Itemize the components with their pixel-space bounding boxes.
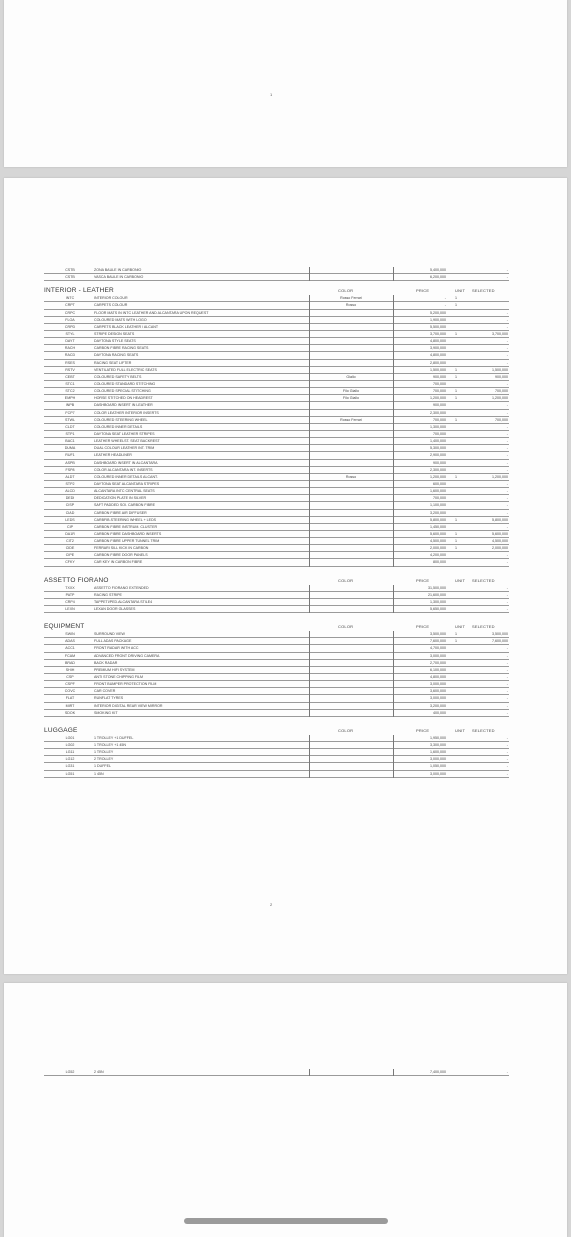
cell-code: SWIN [50, 631, 90, 637]
cell-desc: 1 DUFFEL [94, 763, 111, 769]
cell-code: SHIH [50, 667, 90, 673]
cell-price: 7,600,000 [394, 638, 446, 644]
options-table: LG522 45N7,400,000- [44, 1069, 509, 1076]
cell-selected: - [464, 585, 508, 591]
table-row: INPBDASHBOARD INSERT IN LEATHER900,000- [44, 402, 509, 409]
cell-unit: 1 [449, 395, 463, 401]
cell-price: 3,900,000 [394, 345, 446, 351]
table-row: TXXXASSETTO FIORANO EXTENDED31,500,000- [44, 585, 509, 592]
cell-price: 2,300,000 [394, 467, 446, 473]
cell-desc: ZONA BAULE IN CARBONIO [94, 267, 141, 273]
section-title: EQUIPMENT [44, 623, 84, 630]
cell-price: 6,100,000 [394, 667, 446, 673]
column-header-unit: UNIT [455, 577, 465, 585]
cell-price: 800,000 [394, 559, 446, 565]
cell-desc: CARBFIB.STEERING WHEEL + LEDS [94, 517, 156, 523]
table-row: CIPCARBON FIBRE INSTRUM. CLUSTER1,450,00… [44, 524, 509, 531]
cell-code: STC2 [50, 388, 90, 394]
cell-desc: COLOURED STANDARD STITCHING [94, 381, 155, 387]
cell-unit: 1 [449, 417, 463, 423]
table-row: CRPCFLOOR MATS IN INTC LEATHER AND ALCAN… [44, 310, 509, 317]
cell-desc: DAYTONA STYLE SEATS [94, 338, 136, 344]
column-header-selected: SELECTED [472, 623, 495, 631]
cell-desc: FULL ADAS PACKAGE [94, 638, 131, 644]
column-header-unit: UNIT [455, 287, 465, 295]
cell-price: - [394, 302, 446, 308]
cell-selected: - [464, 599, 508, 605]
cell-desc: FRONT RADAR WITH ACC [94, 645, 138, 651]
cell-code: DEDI [50, 495, 90, 501]
cell-code: LG02 [50, 742, 90, 748]
cell-selected: - [464, 703, 508, 709]
cell-code: CSTB [50, 267, 90, 273]
table-row: DA1RCARBON FIBRE DASHBOARD INSERTS5,600,… [44, 531, 509, 538]
cell-selected: - [464, 510, 508, 516]
cell-code: CRPD [50, 324, 90, 330]
cell-selected: - [464, 410, 508, 416]
table-row: CIT2CARBON FIBRE UPPER TUNNEL TRIM4,500,… [44, 538, 509, 545]
column-header-price: PRICE [416, 727, 429, 735]
column-header-selected: SELECTED [472, 577, 495, 585]
cell-desc: CARBON FIBRE UPPER TUNNEL TRIM [94, 538, 159, 544]
cell-selected: - [464, 674, 508, 680]
cell-code: ALCD [50, 488, 90, 494]
cell-desc: 1 TROLLEY +1 DUFFEL [94, 735, 133, 741]
cell-price: 3,200,000 [394, 510, 446, 516]
cell-selected: 1,200,000 [464, 474, 508, 480]
options-table: CSTBZONA BAULE IN CARBONIO5,400,000-CSTB… [44, 267, 509, 281]
cell-code: INPB [50, 402, 90, 408]
cell-desc: CARPETS BLACK LEATHER / ALCANT [94, 324, 158, 330]
cell-desc: PREMIUM HIFI SYSTEM [94, 667, 135, 673]
cell-selected: - [464, 317, 508, 323]
cell-selected: - [464, 592, 508, 598]
table-row: MIRTINTERIOR DIGITAL REAR VIEW MIRROR3,2… [44, 703, 509, 710]
options-table: LG011 TROLLEY +1 DUFFEL1,950,000-LG021 T… [44, 735, 509, 778]
cell-price: 1,600,000 [394, 488, 446, 494]
cell-desc: ADVANCED FRONT DRIVING CAMERA [94, 653, 159, 659]
table-row: CISPSAFT PADDED SOI. CARBON FIBRE1,100,0… [44, 502, 509, 509]
cell-code: CIAD [50, 510, 90, 516]
cell-code: INTC [50, 295, 90, 301]
cell-price: 3,600,000 [394, 688, 446, 694]
cell-code: LG31 [50, 763, 90, 769]
cell-code: CIPE [50, 552, 90, 558]
table-row: FLATRUNFLAT TYRES3,000,000- [44, 695, 509, 702]
cell-selected: - [464, 1069, 508, 1075]
table-row: ACC1FRONT RADAR WITH ACC4,700,000- [44, 645, 509, 652]
table-row: SWINSURROUND VIEW3,500,00013,500,000 [44, 631, 509, 638]
column-header-price: PRICE [416, 623, 429, 631]
cell-price: 4,800,000 [394, 352, 446, 358]
cell-price: 5,500,000 [394, 324, 446, 330]
cell-selected: 700,000 [464, 388, 508, 394]
cell-code: LG01 [50, 735, 90, 741]
cell-color: Rosso [311, 302, 391, 308]
cell-selected: - [464, 345, 508, 351]
column-header-color: COLOR [338, 727, 353, 735]
cell-price: 3,500,000 [394, 631, 446, 637]
table-row: LG522 45N7,400,000- [44, 1069, 509, 1076]
table-row: LG021 TROLLEY +1 45N3,300,000- [44, 742, 509, 749]
column-divider [309, 631, 310, 717]
cell-desc: CARBON FIBRE RACING SEATS [94, 345, 148, 351]
cell-selected: - [464, 495, 508, 501]
table-row: CRPTCARPETS COLOURRosso-1 [44, 302, 509, 309]
cell-selected: - [464, 756, 508, 762]
cell-desc: COLOURED INNER DETAILS [94, 424, 142, 430]
cell-price: 700,000 [394, 417, 446, 423]
cell-selected: - [464, 524, 508, 530]
cell-desc: ASSETTO FIORANO EXTENDED [94, 585, 149, 591]
cell-selected: - [464, 338, 508, 344]
column-divider [309, 295, 310, 566]
cell-code: CRPT [50, 302, 90, 308]
cell-desc: RACING STRIPE [94, 592, 122, 598]
cell-desc: 1 TROLLEY +1 45N [94, 742, 126, 748]
table-row: CSPANTI STONE CHIPPING FILM4,800,000- [44, 674, 509, 681]
cell-selected: - [464, 274, 508, 280]
column-divider [309, 585, 310, 614]
cell-selected: - [464, 771, 508, 777]
cell-unit: 1 [449, 474, 463, 480]
cell-price: 1,450,000 [394, 524, 446, 530]
cell-code: CFKY [50, 559, 90, 565]
cell-selected: - [464, 502, 508, 508]
column-divider [393, 1069, 394, 1076]
cell-code: CLDT [50, 424, 90, 430]
cell-desc: DAYTONA SEAT ALCANTARA STRIPES [94, 481, 159, 487]
cell-desc: COLOR ALCANTARA INT. INSERTS [94, 467, 153, 473]
cell-selected: - [464, 667, 508, 673]
cell-desc: DASHBOARD INSERT IN LEATHER [94, 402, 153, 408]
cell-desc: 2 45N [94, 1069, 104, 1075]
cell-price: - [394, 295, 446, 301]
cell-code: PATP [50, 592, 90, 598]
cell-color: Filo Giallo [311, 388, 391, 394]
cell-code: RUF1 [50, 452, 90, 458]
cell-selected: 2,000,000 [464, 545, 508, 551]
column-divider [393, 735, 394, 778]
cell-selected: - [464, 688, 508, 694]
cell-desc: DAYTONA RACING SEATS [94, 352, 138, 358]
section-header: LUGGAGECOLORPRICEUNITSELECTED [44, 727, 509, 735]
cell-code: RACD [50, 352, 90, 358]
cell-price: 2,000,000 [394, 545, 446, 551]
cell-price: 1,200,000 [394, 474, 446, 480]
cell-desc: CARBON FIBRE DASHBOARD INSERTS [94, 531, 161, 537]
table-row: FCAMADVANCED FRONT DRIVING CAMERA3,000,0… [44, 653, 509, 660]
cell-desc: COLOR LEATHER INTERIOR INSERTS [94, 410, 159, 416]
cell-price: 3,000,000 [394, 653, 446, 659]
cell-desc: ANTI STONE CHIPPING FILM [94, 674, 143, 680]
cell-code: DUMA [50, 445, 90, 451]
table-row: RACHCARBON FIBRE RACING SEATS3,900,000- [44, 345, 509, 352]
cell-selected: - [464, 467, 508, 473]
cell-selected: 3,500,000 [464, 631, 508, 637]
cell-unit: 1 [449, 331, 463, 337]
cell-price: 1,500,000 [394, 367, 446, 373]
table-row: BRADBACK RADAR2,700,000- [44, 660, 509, 667]
cell-price: 5,200,000 [394, 310, 446, 316]
cell-desc: 2 TROLLEY [94, 756, 113, 762]
section-header: INTERIOR - LEATHERCOLORPRICEUNITSELECTED [44, 287, 509, 295]
cell-price: 5,650,000 [394, 606, 446, 612]
cell-price: 4,800,000 [394, 338, 446, 344]
cell-selected: - [464, 681, 508, 687]
table-row: ADASFULL ADAS PACKAGE7,600,00017,600,000 [44, 638, 509, 645]
table-row: CIADCARBON FIBRE AIR DIFFUSER3,200,000- [44, 510, 509, 517]
table-row: CRP4TAPPETI/PED.ALCANTARA STILE41,300,00… [44, 599, 509, 606]
cell-code: LG11 [50, 749, 90, 755]
cell-unit: 1 [449, 367, 463, 373]
cell-desc: SURROUND VIEW [94, 631, 125, 637]
cell-selected: 1,200,000 [464, 395, 508, 401]
table-row: LG311 DUFFEL1,050,000- [44, 763, 509, 770]
cell-code: FLAT [50, 695, 90, 701]
cell-price: 31,500,000 [394, 585, 446, 591]
table-row: SDOKSMOKING KIT400,000- [44, 710, 509, 717]
cell-code: STC1 [50, 381, 90, 387]
table-row: CRPDCARPETS BLACK LEATHER / ALCANT5,500,… [44, 324, 509, 331]
cell-desc: COLOURED STEERING WHEEL [94, 417, 148, 423]
cell-code: CEBT [50, 374, 90, 380]
cell-code: FLOA [50, 317, 90, 323]
column-divider [309, 267, 310, 281]
options-table: TXXXASSETTO FIORANO EXTENDED31,500,000-P… [44, 585, 509, 614]
table-row: FSP8COLOR ALCANTARA INT. INSERTS2,300,00… [44, 467, 509, 474]
cell-selected: - [464, 460, 508, 466]
cell-price: 6,200,000 [394, 274, 446, 280]
cell-selected: - [464, 431, 508, 437]
cell-selected: - [464, 360, 508, 366]
cell-desc: HORSE STITCHED ON HEADREST [94, 395, 153, 401]
cell-code: RSTV [50, 367, 90, 373]
cell-selected: 1,500,000 [464, 367, 508, 373]
table-row: DAYTDAYTONA STYLE SEATS4,800,000- [44, 338, 509, 345]
table-row: LG122 TROLLEY3,000,000- [44, 756, 509, 763]
cell-price: 700,000 [394, 431, 446, 437]
cell-selected: - [464, 445, 508, 451]
cell-selected: - [464, 735, 508, 741]
cell-desc: CARBON FIBRE INSTRUM. CLUSTER [94, 524, 157, 530]
column-header-color: COLOR [338, 623, 353, 631]
cell-selected: - [464, 452, 508, 458]
cell-desc: COLOURED SAFETY BELTS [94, 374, 141, 380]
cell-desc: FLOOR MATS IN INTC LEATHER AND ALCANTARA… [94, 310, 208, 316]
cell-desc: VASCA BAULE IN CARBONIO [94, 274, 143, 280]
table-row: STYLSTRIPE DESIGN SEATS3,700,00013,700,0… [44, 331, 509, 338]
home-indicator[interactable] [184, 1218, 388, 1224]
cell-price: 1,400,000 [394, 438, 446, 444]
cell-selected: 700,000 [464, 417, 508, 423]
cell-code: LG12 [50, 756, 90, 762]
table-row: SHIHPREMIUM HIFI SYSTEM6,100,000- [44, 667, 509, 674]
cell-price: 400,000 [394, 710, 446, 716]
table-row: LG111 TROLLEY1,600,000- [44, 749, 509, 756]
cell-price: 1,950,000 [394, 735, 446, 741]
document-page-2: CSTBZONA BAULE IN CARBONIO5,400,000-CSTB… [4, 178, 567, 974]
cell-code: MIRT [50, 703, 90, 709]
table-row: FCP7COLOR LEATHER INTERIOR INSERTS2,300,… [44, 410, 509, 417]
cell-code: CIT2 [50, 538, 90, 544]
cell-price: 5,300,000 [394, 445, 446, 451]
cell-desc: SMOKING KIT [94, 710, 118, 716]
table-row: STC1COLOURED STANDARD STITCHING700,000- [44, 381, 509, 388]
column-header-color: COLOR [338, 287, 353, 295]
cell-price: 3,700,000 [394, 331, 446, 337]
table-row: CSTBZONA BAULE IN CARBONIO5,400,000- [44, 267, 509, 274]
cell-desc: 1 45N [94, 771, 104, 777]
cell-desc: DUAL COLOUR LEATHER INT. TRIM [94, 445, 154, 451]
cell-selected: - [464, 310, 508, 316]
cell-selected: - [464, 488, 508, 494]
cell-price: 5,400,000 [394, 267, 446, 273]
cell-color: Rosso Ferrari [311, 417, 391, 423]
options-table: INTCINTERIOR COLOURRosso Ferrari-1CRPTCA… [44, 295, 509, 566]
cell-price: 1,600,000 [394, 749, 446, 755]
cell-desc: DEDICATION PLATE IN SILVER [94, 495, 146, 501]
cell-selected: - [464, 402, 508, 408]
cell-code: CIP [50, 524, 90, 530]
column-divider [393, 267, 394, 281]
cell-desc: CARPETS COLOUR [94, 302, 127, 308]
cell-code: STYL [50, 331, 90, 337]
cell-code: DA1R [50, 531, 90, 537]
cell-desc: RUNFLAT TYRES [94, 695, 123, 701]
cell-price: 5,600,000 [394, 531, 446, 537]
cell-code: FSP8 [50, 467, 90, 473]
cell-desc: RACING SEAT LIFTER [94, 360, 131, 366]
cell-price: 4,800,000 [394, 674, 446, 680]
cell-selected: - [464, 352, 508, 358]
cell-code: BRAD [50, 660, 90, 666]
table-row: BAC1LEATHER WHEELST. SEAT BACKREST1,400,… [44, 438, 509, 445]
cell-desc: ALCANTARA INTC CENTRAL SEATS [94, 488, 155, 494]
section-header: EQUIPMENTCOLORPRICEUNITSELECTED [44, 623, 509, 631]
cell-code: SDOK [50, 710, 90, 716]
column-divider [309, 735, 310, 778]
section-title: ASSETTO FIORANO [44, 577, 109, 584]
cell-desc: SAFT PADDED SOI. CARBON FIBRE [94, 502, 155, 508]
cell-price: 900,000 [394, 460, 446, 466]
table-row: CIPECARBON FIBRE DOOR PANELS4,200,000- [44, 552, 509, 559]
table-row: ALCDALCANTARA INTC CENTRAL SEATS1,600,00… [44, 488, 509, 495]
table-row: RSTVVENTILATED FULL ELECTRIC SEATS1,500,… [44, 367, 509, 374]
cell-selected: - [464, 324, 508, 330]
column-header-unit: UNIT [455, 623, 465, 631]
cell-selected: - [464, 763, 508, 769]
cell-code: DAYT [50, 338, 90, 344]
table-row: LEDSCARBFIB.STEERING WHEEL + LEDS5,800,0… [44, 517, 509, 524]
cell-unit: 1 [449, 302, 463, 308]
cell-code: CISP [50, 502, 90, 508]
cell-code: ASPB [50, 460, 90, 466]
cell-selected: 5,800,000 [464, 517, 508, 523]
cell-unit: 1 [449, 517, 463, 523]
cell-code: RSES [50, 360, 90, 366]
cell-price: 4,700,000 [394, 645, 446, 651]
cell-selected: 7,600,000 [464, 638, 508, 644]
cell-desc: INTERIOR COLOUR [94, 295, 128, 301]
section-title: INTERIOR - LEATHER [44, 287, 114, 294]
table-row: CSPFFRONT BUMPER PROTECTION FILM3,000,00… [44, 681, 509, 688]
cell-code: CRP4 [50, 599, 90, 605]
column-divider [393, 295, 394, 566]
cell-code: CRPC [50, 310, 90, 316]
cell-code: RACH [50, 345, 90, 351]
cell-price: 3,000,000 [394, 695, 446, 701]
page-number: 1 [270, 92, 272, 97]
cell-selected: - [464, 710, 508, 716]
cell-unit: 1 [449, 638, 463, 644]
price-list-continued: LG522 45N7,400,000- [44, 1069, 509, 1076]
cell-price: 3,300,000 [394, 742, 446, 748]
cell-desc: 1 TROLLEY [94, 749, 113, 755]
cell-code: STP2 [50, 481, 90, 487]
cell-price: 1,300,000 [394, 599, 446, 605]
cell-desc: FERRARI SILL KICK IN CARBON [94, 545, 148, 551]
cell-selected: - [464, 660, 508, 666]
cell-price: 2,300,000 [394, 410, 446, 416]
cell-code: FCAM [50, 653, 90, 659]
table-row: STP1DAYTONA SEAT LEATHER STRIPES700,000- [44, 431, 509, 438]
cell-code: LEDS [50, 517, 90, 523]
table-row: CIDEFERRARI SILL KICK IN CARBON2,000,000… [44, 545, 509, 552]
table-row: CEBTCOLOURED SAFETY BELTSGiallo900,00019… [44, 374, 509, 381]
cell-selected: - [464, 695, 508, 701]
cell-selected: - [464, 742, 508, 748]
table-row: CLDTCOLOURED INNER DETAILS1,300,000- [44, 424, 509, 431]
cell-code: CSPF [50, 681, 90, 687]
cell-selected: - [464, 552, 508, 558]
column-header-price: PRICE [416, 287, 429, 295]
cell-code: ACC1 [50, 645, 90, 651]
cell-desc: LEATHER HEADLINER [94, 452, 132, 458]
cell-selected: - [464, 606, 508, 612]
cell-desc: TAPPETI/PED.ALCANTARA STILE4 [94, 599, 152, 605]
cell-unit: 1 [449, 631, 463, 637]
table-row: STC2COLOURED SPECIAL STITCHINGFilo Giall… [44, 388, 509, 395]
table-row: ASPBDASHBOARD INSERT IN ALCANTARA900,000… [44, 460, 509, 467]
table-row: FLOACOLOURED MATS WITH LOGO1,900,000- [44, 317, 509, 324]
cell-code: BAC1 [50, 438, 90, 444]
options-table: SWINSURROUND VIEW3,500,00013,500,000ADAS… [44, 631, 509, 717]
column-header-unit: UNIT [455, 727, 465, 735]
cell-price: 2,900,000 [394, 452, 446, 458]
cell-code: ADAS [50, 638, 90, 644]
cell-selected: - [464, 645, 508, 651]
cell-code: TXXX [50, 585, 90, 591]
cell-code: EMPH [50, 395, 90, 401]
cell-selected: 5,600,000 [464, 531, 508, 537]
cell-price: 1,300,000 [394, 424, 446, 430]
cell-selected: - [464, 653, 508, 659]
table-row: RACDDAYTONA RACING SEATS4,800,000- [44, 352, 509, 359]
cell-price: 900,000 [394, 374, 446, 380]
cell-price: 1,050,000 [394, 763, 446, 769]
cell-price: 5,800,000 [394, 517, 446, 523]
table-row: COVCCAR COVER3,600,000- [44, 688, 509, 695]
cell-price: 3,000,000 [394, 771, 446, 777]
column-header-price: PRICE [416, 577, 429, 585]
cell-desc: VENTILATED FULL ELECTRIC SEATS [94, 367, 157, 373]
cell-color: Rosso Ferrari [311, 295, 391, 301]
cell-price: 3,000,000 [394, 681, 446, 687]
cell-code: FCP7 [50, 410, 90, 416]
section-title: LUGGAGE [44, 727, 78, 734]
cell-price: 4,200,000 [394, 552, 446, 558]
